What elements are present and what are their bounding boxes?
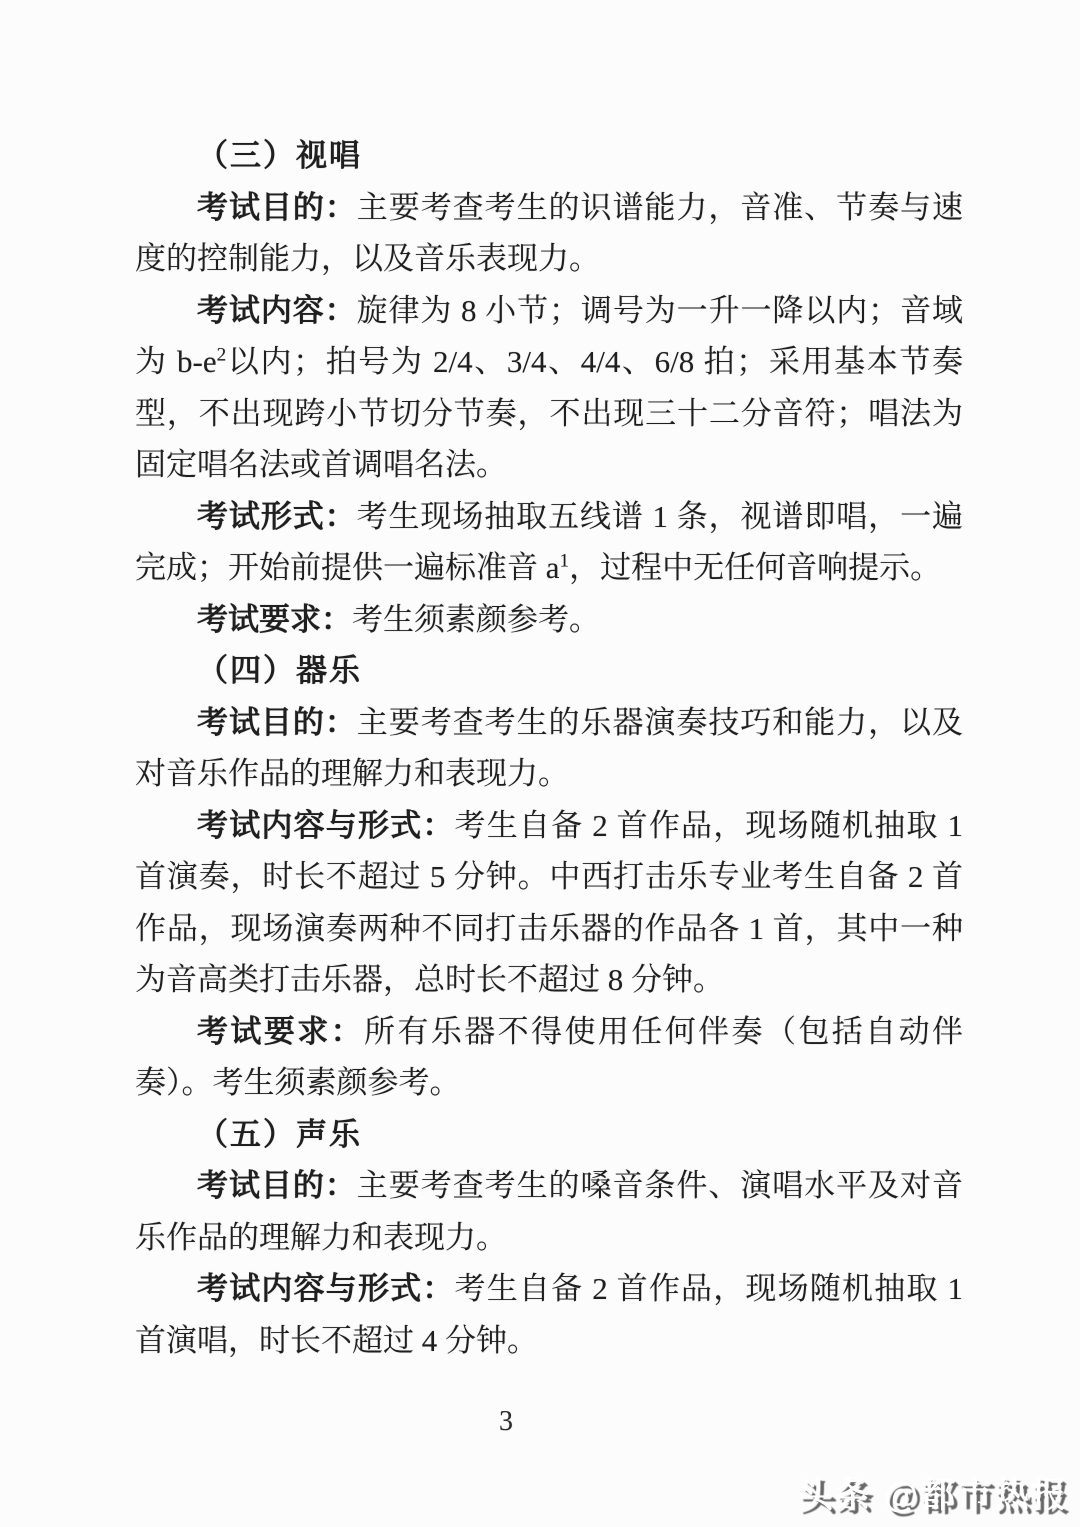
page-number: 3 xyxy=(0,1406,1012,1438)
paragraph-instrumental-content-form: 考试内容与形式：考生自备 2 首作品，现场随机抽取 1 首演奏，时长不超过 5 … xyxy=(135,800,963,1006)
section-heading-sight-singing: （三）视唱 xyxy=(135,130,963,182)
exam-form-text-2: ，过程中无任何音响提示。 xyxy=(569,550,941,585)
document-page: （三）视唱 考试目的：主要考查考生的识谱能力，音准、节奏与速度的控制能力，以及音… xyxy=(0,0,1080,1527)
exam-content-text-2: 以内；拍号为 2/4、3/4、4/4、6/8 拍；采用基本节奏型，不出现跨小节切… xyxy=(135,344,963,482)
exam-content-label: 考试内容： xyxy=(197,293,357,328)
exam-content-form-label: 考试内容与形式： xyxy=(197,808,455,843)
exam-requirement-text: 考生须素颜参考。 xyxy=(352,602,600,637)
superscript-1: 1 xyxy=(560,551,570,572)
exam-content-form-label: 考试内容与形式： xyxy=(197,1271,455,1306)
paragraph-instrumental-requirement: 考试要求：所有乐器不得使用任何伴奏（包括自动伴奏）。考生须素颜参考。 xyxy=(135,1006,963,1109)
exam-form-label: 考试形式： xyxy=(197,499,357,534)
paragraph-sight-singing-content: 考试内容：旋律为 8 小节；调号为一升一降以内；音域为 b-e2以内；拍号为 2… xyxy=(135,285,963,491)
exam-requirement-label: 考试要求： xyxy=(197,1014,364,1049)
exam-requirement-label: 考试要求： xyxy=(197,602,352,637)
paragraph-instrumental-purpose: 考试目的：主要考查考生的乐器演奏技巧和能力，以及对音乐作品的理解力和表现力。 xyxy=(135,697,963,800)
paragraph-vocal-content-form: 考试内容与形式：考生自备 2 首作品，现场随机抽取 1 首演唱，时长不超过 4 … xyxy=(135,1263,963,1366)
paragraph-sight-singing-requirement: 考试要求：考生须素颜参考。 xyxy=(135,594,963,646)
paragraph-vocal-purpose: 考试目的：主要考查考生的嗓音条件、演唱水平及对音乐作品的理解力和表现力。 xyxy=(135,1160,963,1263)
watermark-toutiao: 头条 @都市热报 xyxy=(798,1468,1068,1518)
paragraph-sight-singing-form: 考试形式：考生现场抽取五线谱 1 条，视谱即唱，一遍完成；开始前提供一遍标准音 … xyxy=(135,491,963,594)
superscript-2: 2 xyxy=(217,345,227,366)
section-heading-vocal: （五）声乐 xyxy=(135,1109,963,1161)
paragraph-sight-singing-purpose: 考试目的：主要考查考生的识谱能力，音准、节奏与速度的控制能力，以及音乐表现力。 xyxy=(135,182,963,285)
exam-purpose-label: 考试目的： xyxy=(197,705,357,740)
exam-purpose-label: 考试目的： xyxy=(197,1168,357,1203)
section-heading-instrumental: （四）器乐 xyxy=(135,645,963,697)
exam-purpose-label: 考试目的： xyxy=(197,190,357,225)
document-body: （三）视唱 考试目的：主要考查考生的识谱能力，音准、节奏与速度的控制能力，以及音… xyxy=(135,130,963,1366)
